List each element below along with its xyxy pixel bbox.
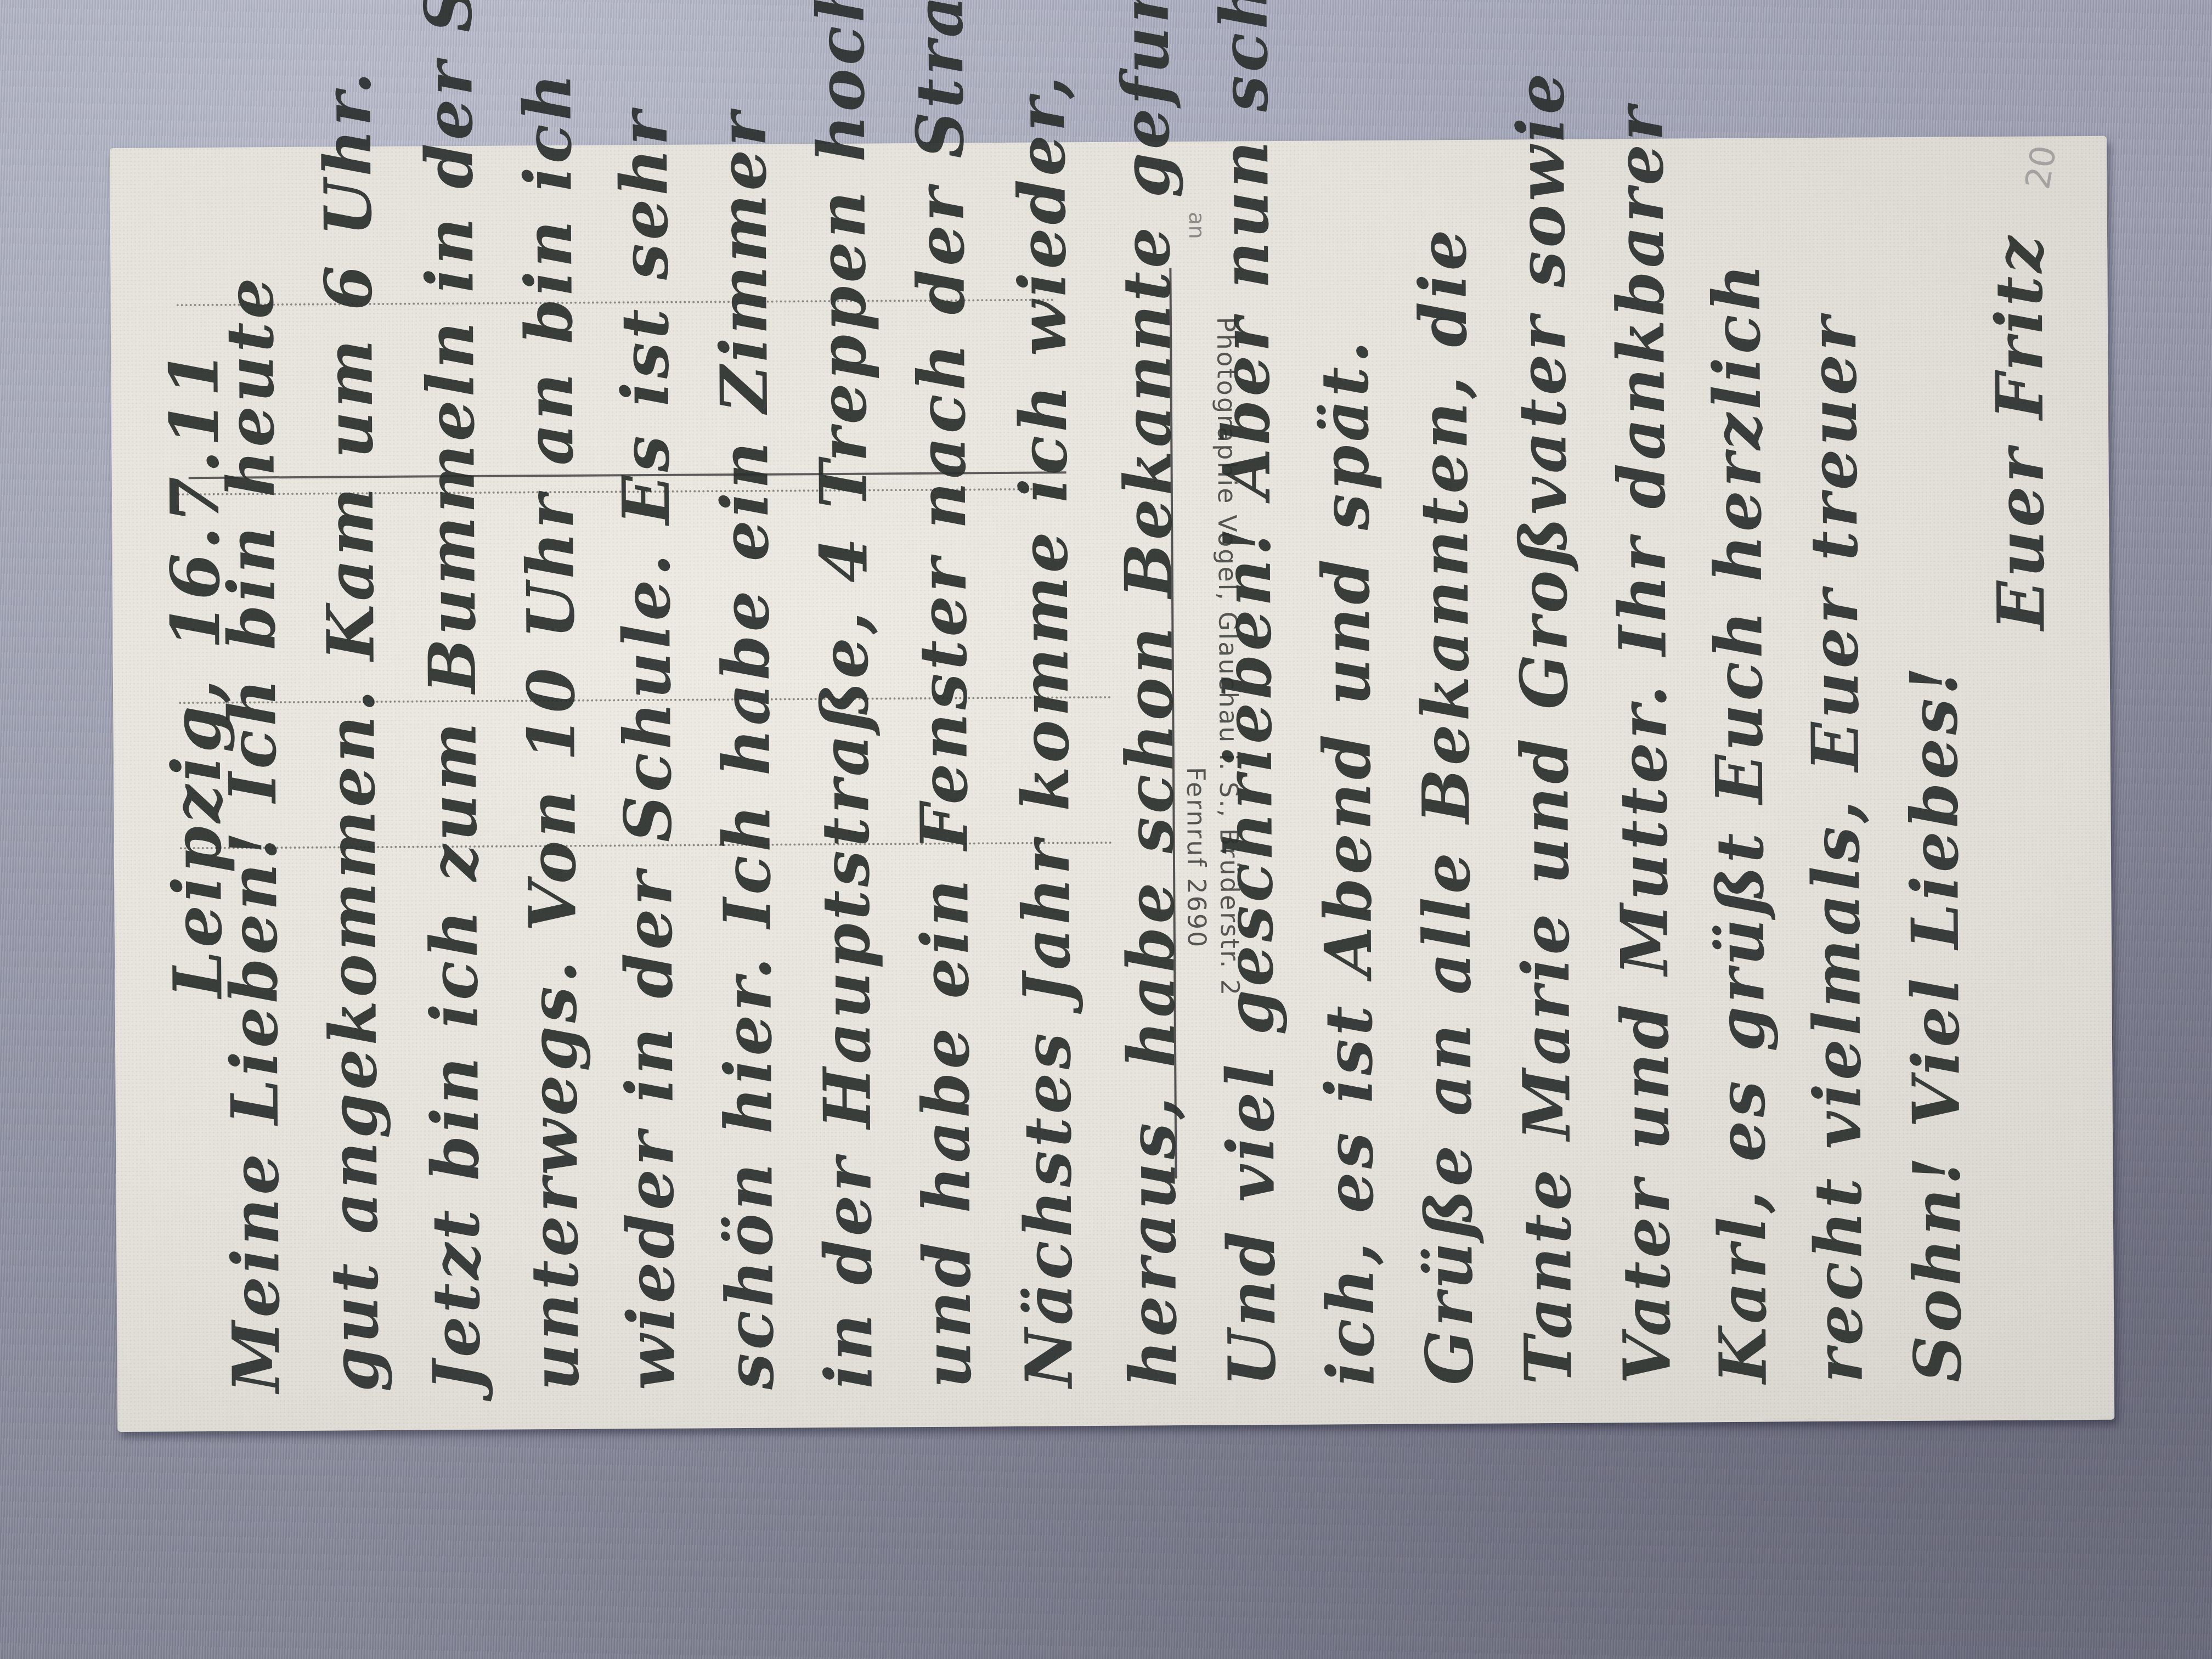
handwriting-line: ich, es ist Abend und spät. bbox=[1312, 337, 1384, 1386]
postcard: an Photographie Vogel, Glauchau i. S., B… bbox=[110, 136, 2114, 1432]
handwriting-line: und habe ein Fenster nach der Straße. bbox=[906, 0, 980, 1389]
handwriting-line: Grüße an alle Bekannten, die bbox=[1410, 226, 1482, 1385]
handwriting-line: Vater und Mutter. Ihr dankbarer bbox=[1607, 103, 1680, 1384]
handwriting-line: wieder in der Schule. Es ist sehr bbox=[612, 108, 684, 1390]
handwriting-line: Meine Lieben! Ich bin heute bbox=[217, 274, 289, 1393]
handwriting-line: recht vielmals, Euer treuer bbox=[1801, 313, 1872, 1383]
handwriting-line: Jetzt bin ich zum Bummeln in der Stadt. bbox=[415, 0, 489, 1392]
handwriting-line: Tante Marie und Großvater sowie bbox=[1508, 70, 1581, 1385]
handwriting-line: schön hier. Ich habe ein Zimmer bbox=[710, 109, 783, 1390]
handwriting-line: Karl, es grüßt Euch herzlich bbox=[1704, 261, 1775, 1384]
printed-address-label: an bbox=[1184, 212, 1209, 239]
handwriting-line: heraus, habe schon Bekannte gefunden. bbox=[1111, 0, 1186, 1387]
handwriting-line: gut angekommen. Kam um 6 Uhr. bbox=[315, 69, 388, 1392]
handwriting-line: Sohn! Viel Liebes! bbox=[1901, 663, 1971, 1383]
handwriting-line: Und viel geschrieben! Aber nun schließe bbox=[1210, 0, 1285, 1387]
pencil-price-mark: 20 bbox=[2017, 143, 2064, 192]
handwriting-line: unterwegs. Von 10 Uhr an bin ich bbox=[515, 70, 588, 1391]
handwriting-line: in der Hauptstraße, 4 Treppen hoch bbox=[808, 0, 882, 1389]
handwriting-signature: Euer Fritz bbox=[1987, 233, 2053, 630]
handwriting-line: Nächstes Jahr komme ich wieder, bbox=[1009, 73, 1082, 1388]
